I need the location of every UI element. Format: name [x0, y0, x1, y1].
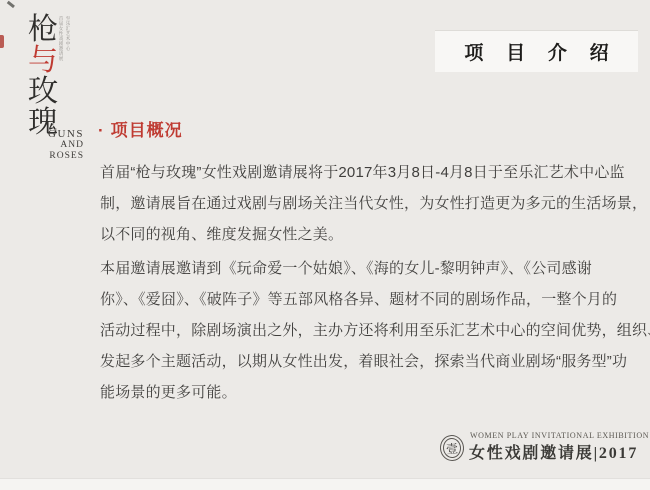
logo-english-line1: GUNS: [24, 128, 84, 140]
logo-english-title: GUNS AND ROSES: [24, 128, 84, 162]
page-title-box: 项 目 介 绍: [435, 30, 638, 72]
paragraph-line: 首届“枪与玫瑰”女性戏剧邀请展将于2017年3月8日-4月8日于至乐汇艺术中心监: [100, 157, 647, 188]
footer-exhibition-logo: 壹 WOMEN PLAY INVITATIONAL EXHIBITION 女性戏…: [438, 429, 643, 469]
seal-icon: 壹: [439, 434, 466, 462]
logo-title-vertical: 枪 与 玫 瑰: [26, 14, 60, 138]
logo-english-line2: AND ROSES: [24, 140, 84, 162]
photo-bottom-edge: [0, 478, 650, 490]
paragraph-overview: 首届“枪与玫瑰”女性戏剧邀请展将于2017年3月8日-4月8日于至乐汇艺术中心监…: [100, 157, 647, 250]
logo-char-2-accent: 与: [26, 45, 60, 76]
paragraph-line: 能场景的更多可能。: [100, 377, 650, 408]
paragraph-program: 本届邀请展邀请到《玩命爱一个姑娘》、《海的女儿-黎明钟声》、《公司感谢 你》、《…: [100, 253, 650, 408]
logo-microtext-column-2: 至乐汇艺术中心: [66, 16, 71, 62]
section-heading-label: 项目概况: [111, 121, 183, 140]
logo-char-3: 玫: [26, 76, 60, 107]
paragraph-line: 以不同的视角、维度发掘女性之美。: [100, 219, 647, 250]
logo-char-1: 枪: [26, 14, 60, 45]
page-title: 项 目 介 绍: [455, 38, 617, 65]
section-heading-bullet: ·: [98, 121, 105, 140]
paragraph-line: 制，邀请展旨在通过戏剧与剧场关注当代女性，为女性打造更为多元的生活场景，: [100, 188, 647, 219]
seal-character: 壹: [442, 437, 462, 459]
section-heading: ·项目概况: [98, 116, 183, 141]
paragraph-line: 本届邀请展邀请到《玩命爱一个姑娘》、《海的女儿-黎明钟声》、《公司感谢: [100, 253, 650, 284]
paragraph-line: 发起多个主题活动，以期从女性出发，着眼社会，探索当代商业剧场“服务型”功: [100, 346, 650, 377]
photo-edge-red-seal-artifact: [0, 35, 4, 48]
poster-page: 首届女性戏剧邀请展 至乐汇艺术中心 枪 与 玫 瑰 GUNS AND ROSES…: [0, 0, 650, 490]
logo-vertical-microtext: 首届女性戏剧邀请展 至乐汇艺术中心: [59, 16, 71, 62]
photo-edge-ink-artifact: [7, 1, 15, 8]
footer-chinese-title: 女性戏剧邀请展|2017: [469, 440, 641, 463]
footer-english-title: WOMEN PLAY INVITATIONAL EXHIBITION: [470, 431, 642, 440]
paragraph-line: 活动过程中，除剧场演出之外，主办方还将利用至乐汇艺术中心的空间优势，组织、: [100, 315, 650, 346]
paragraph-line: 你》、《爱囧》、《破阵子》等五部风格各异、题材不同的剧场作品，一整个月的: [100, 284, 650, 315]
